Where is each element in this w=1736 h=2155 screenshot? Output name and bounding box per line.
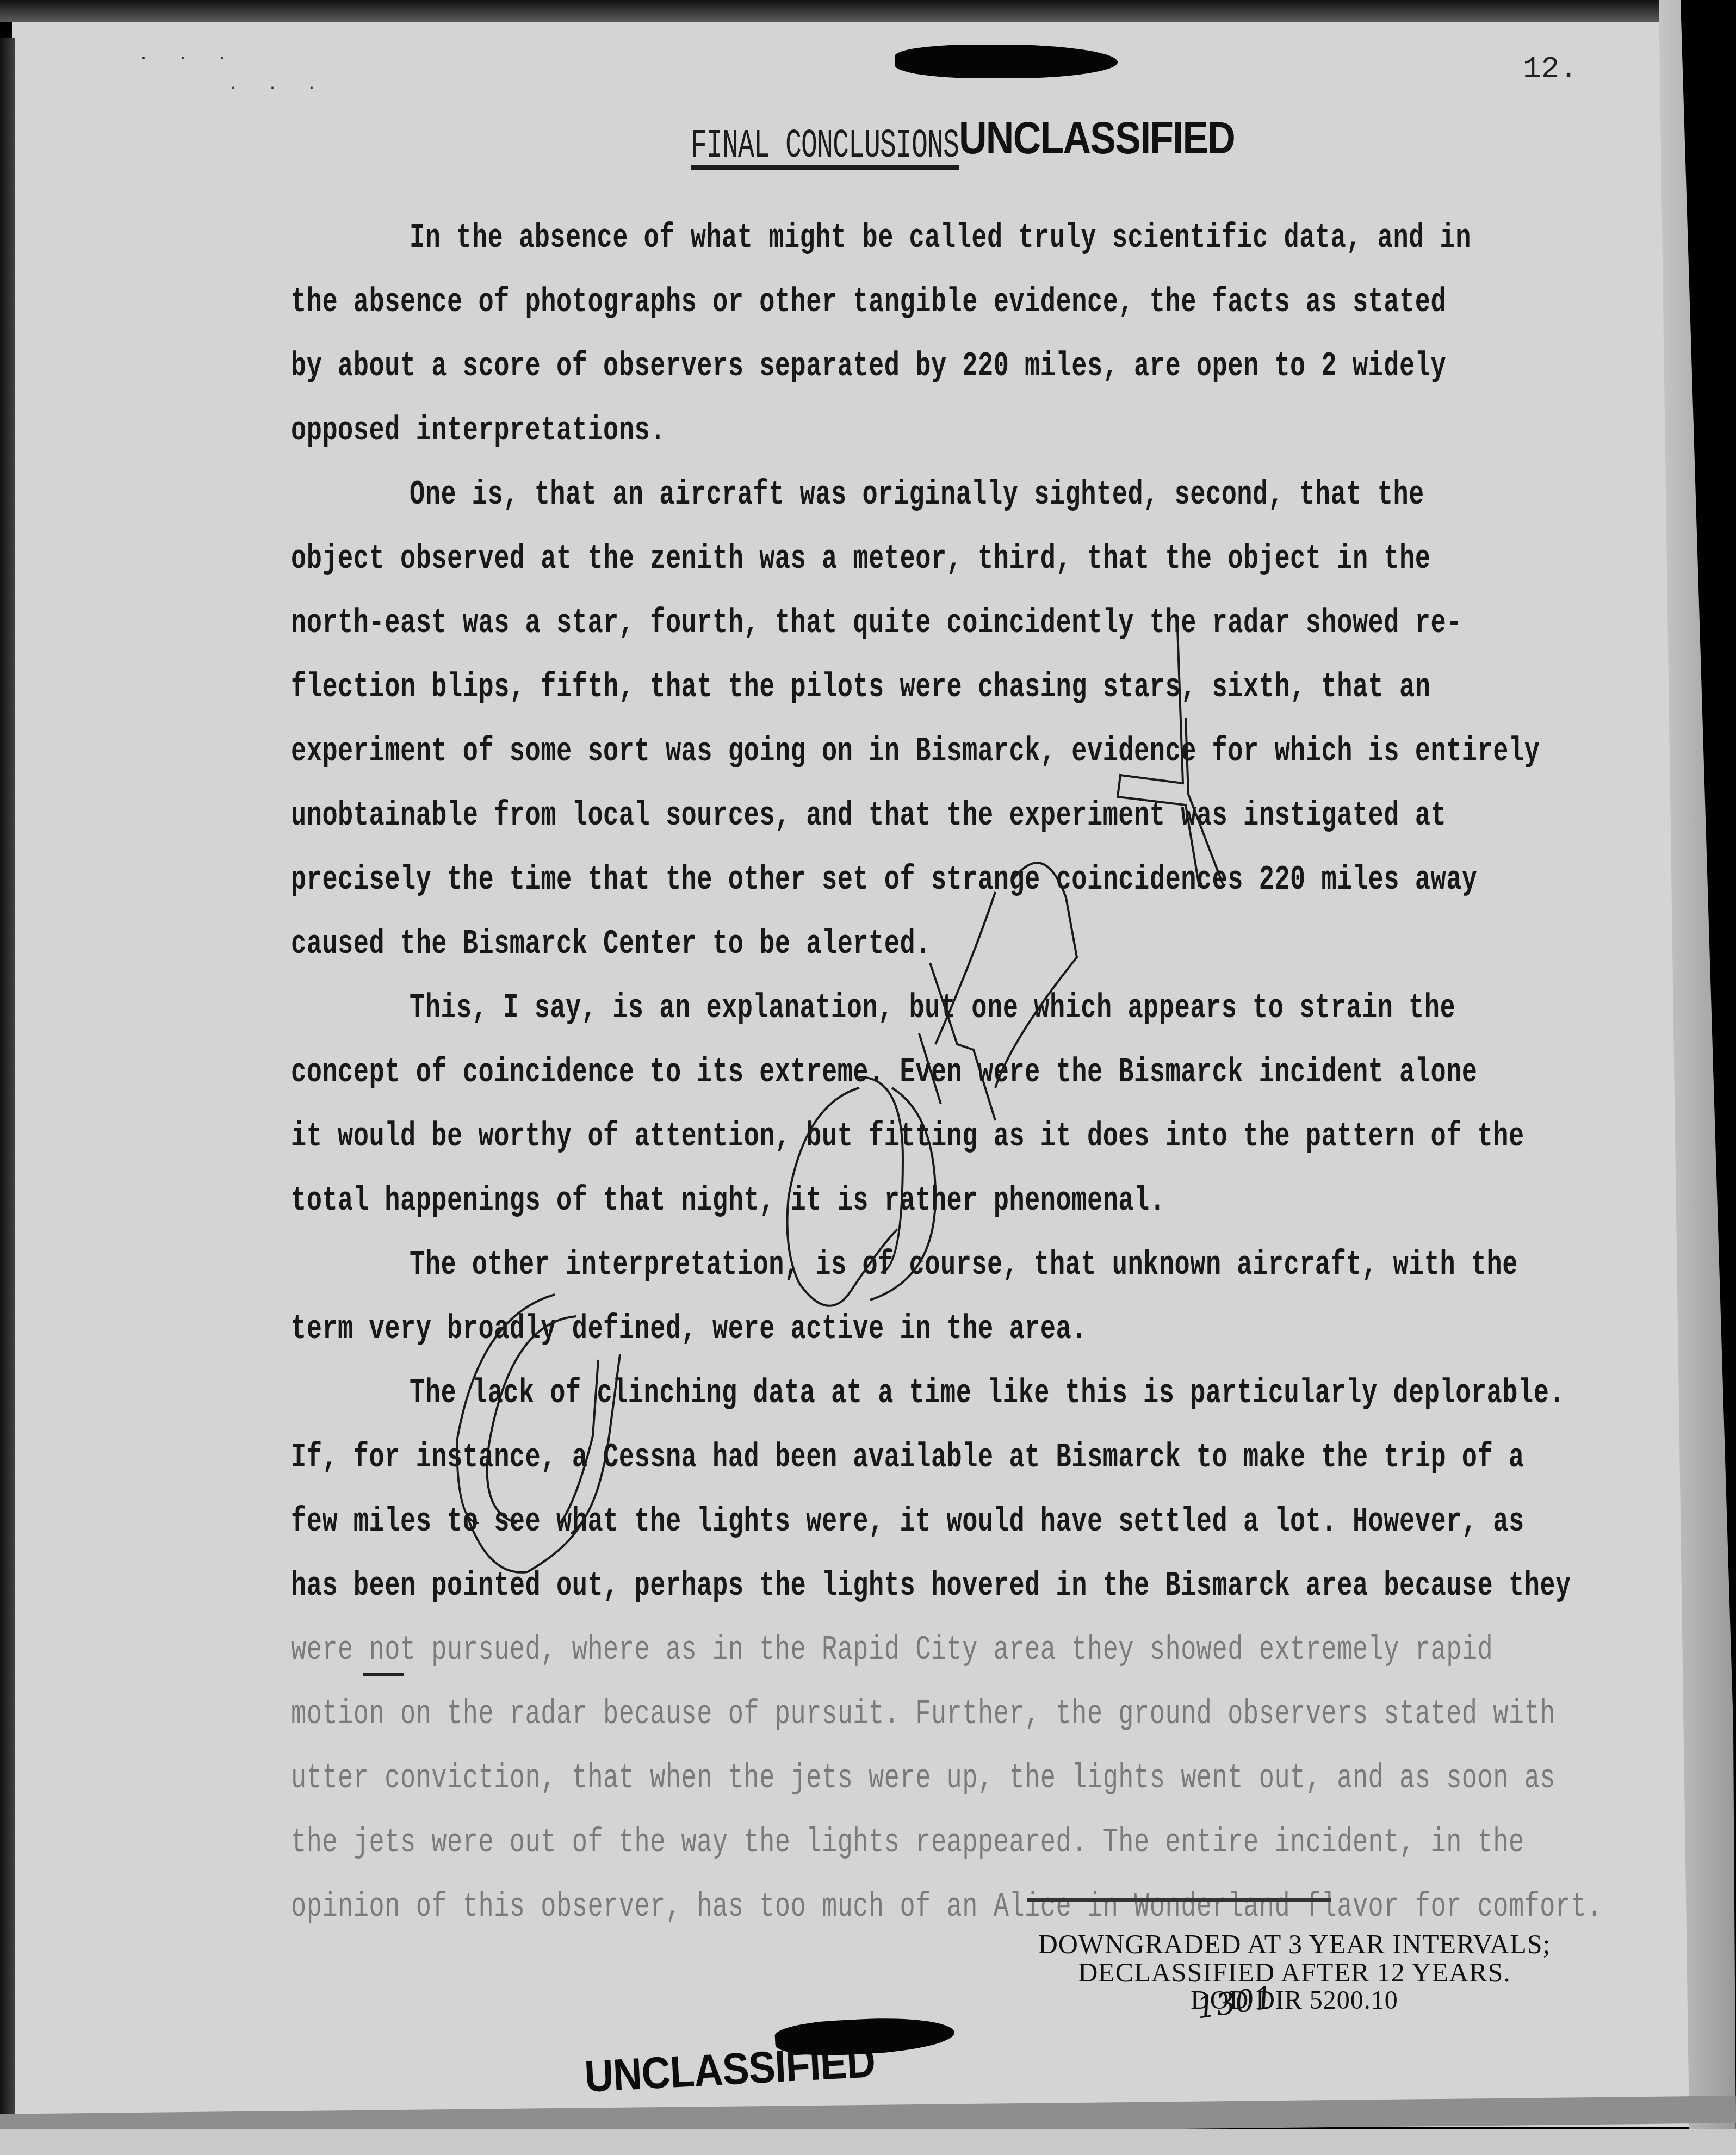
- downgrade-line-3: DOD DIR 5200.10: [1009, 1986, 1580, 2015]
- downgrade-stamp: DOWNGRADED AT 3 YEAR INTERVALS; DECLASSI…: [1009, 1930, 1580, 2015]
- downgrade-line-2: DECLASSIFIED AFTER 12 YEARS.: [1009, 1958, 1580, 1986]
- pencil-annotation-marks: [0, 0, 1736, 2155]
- downgrade-line-1: DOWNGRADED AT 3 YEAR INTERVALS;: [1009, 1930, 1580, 1958]
